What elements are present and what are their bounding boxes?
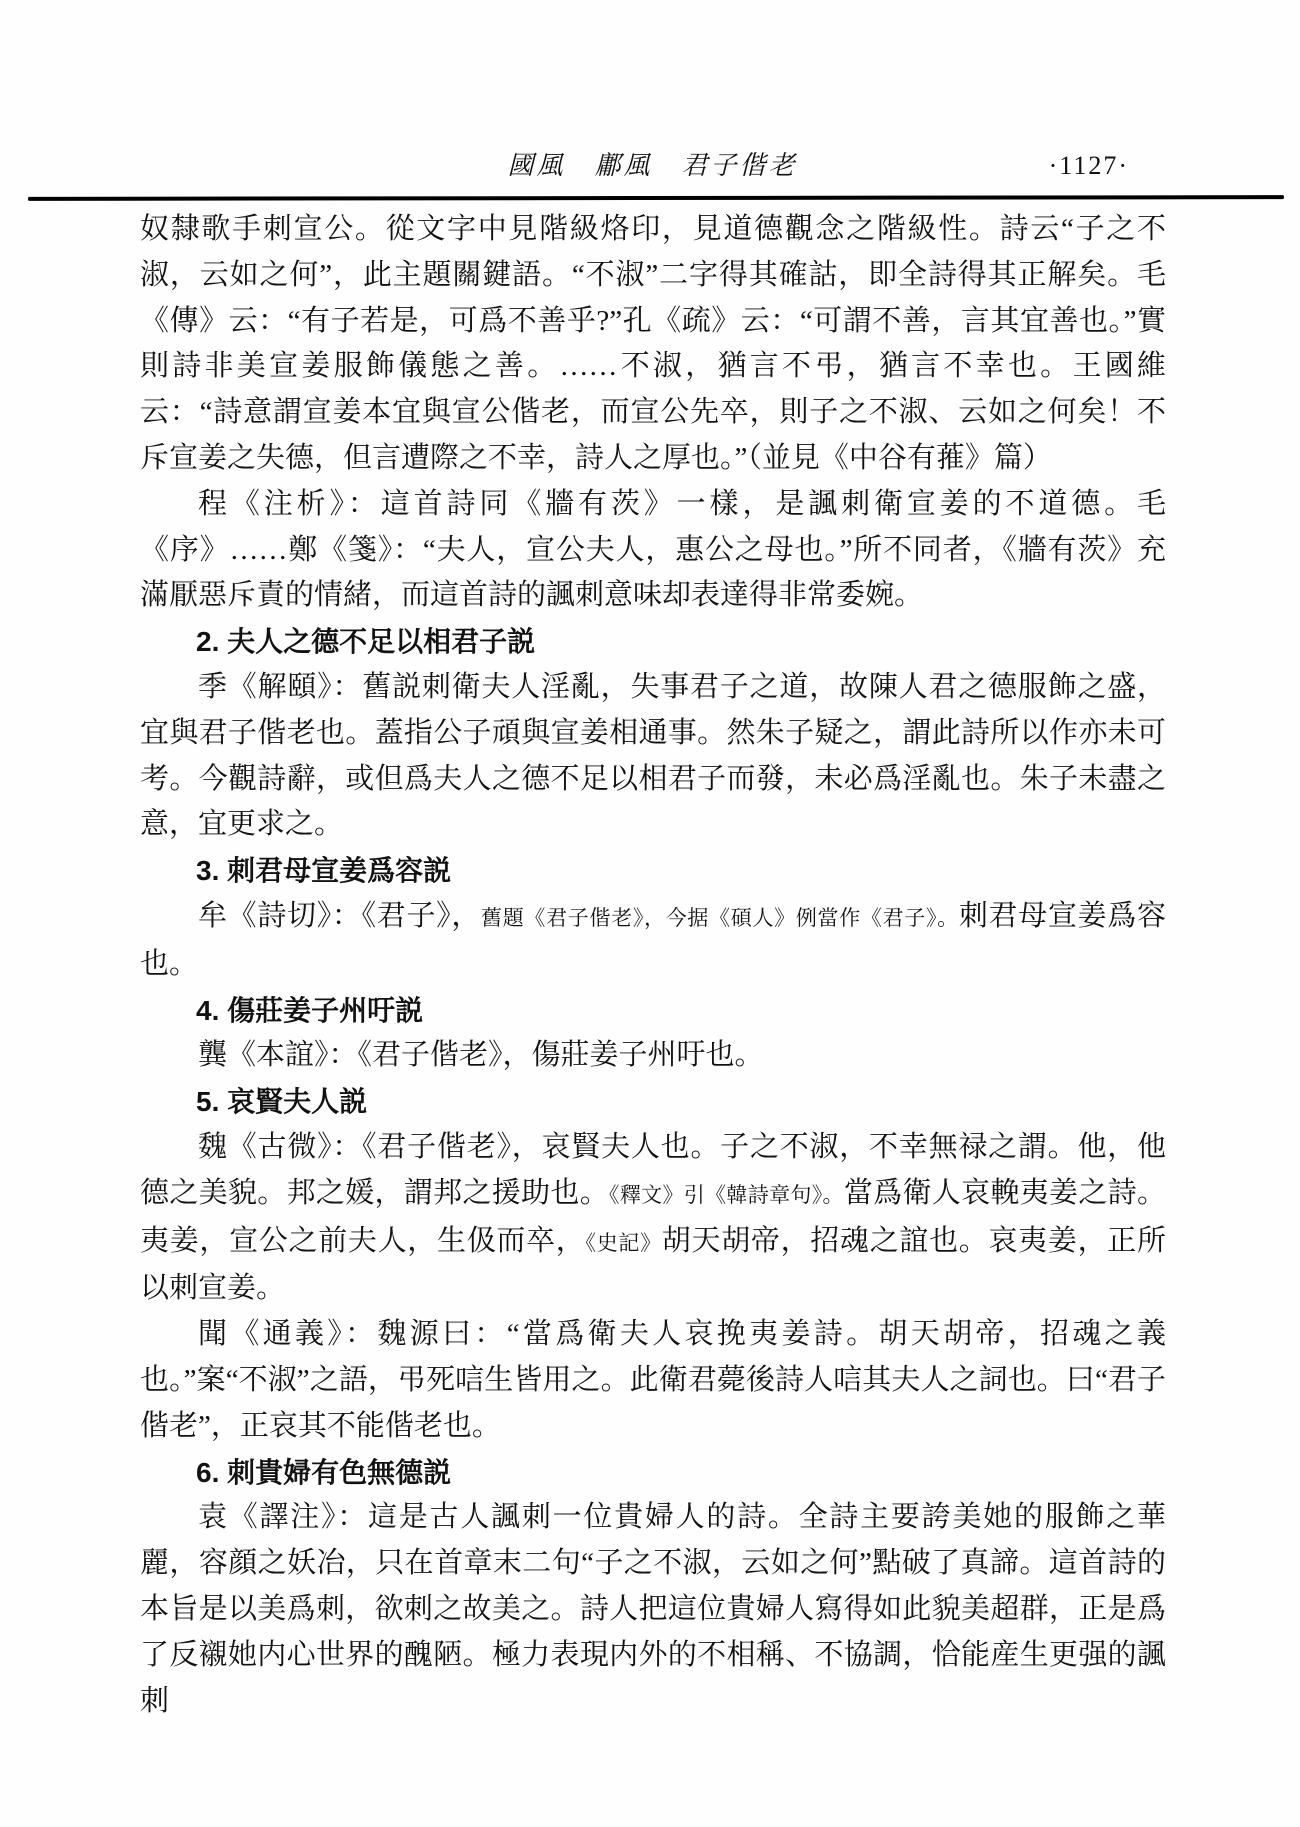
paragraph-gong-benyi: 龔《本誼》：《君子偕老》，傷莊姜子州吁也。 bbox=[140, 1033, 1166, 1079]
book-page: 國風 鄘風 君子偕老 ·1127· 奴隸歌手刺宣公。從文字中見階級烙印，見道德觀… bbox=[0, 0, 1300, 1827]
paragraph-mou-shiqie: 牟《詩切》：《君子》，舊題《君子偕老》，今据《碩人》例當作《君子》。刺君母宣姜爲… bbox=[140, 894, 1166, 988]
page-number: ·1127· bbox=[1049, 146, 1129, 186]
paragraph-yuan-yizhu: 袁《譯注》：這是古人諷刺一位貴婦人的詩。全詩主要誇美她的服飾之華麗，容顔之妖冶，… bbox=[140, 1495, 1166, 1724]
header-rule bbox=[28, 195, 1284, 201]
interlinear-note: 《釋文》引《韓詩章句》。 bbox=[609, 1183, 844, 1207]
section-heading-3: 3. 刺君母宣姜爲容説 bbox=[140, 848, 1166, 894]
section-heading-4: 4. 傷莊姜子州吁説 bbox=[140, 988, 1166, 1034]
paragraph-ji-jieyi: 季《解頤》：舊説刺衛夫人淫亂，失事君子之道，故陳人君之德服飾之盛，宜與君子偕老也… bbox=[140, 665, 1166, 848]
page-header: 國風 鄘風 君子偕老 ·1127· bbox=[140, 146, 1165, 186]
paragraph-cheng-zhuxi: 程《注析》：這首詩同《牆有茨》一樣，是諷刺衛宣姜的不道德。毛《序》……鄭《箋》：… bbox=[140, 482, 1166, 619]
paragraph-continuation: 奴隸歌手刺宣公。從文字中見階級烙印，見道德觀念之階級性。詩云“子之不淑，云如之何… bbox=[140, 207, 1166, 482]
interlinear-note: 舊題《君子偕老》，今据《碩人》例當作《君子》。 bbox=[481, 906, 959, 930]
running-head-title: 國風 鄘風 君子偕老 bbox=[140, 146, 1165, 186]
page-body: 奴隸歌手刺宣公。從文字中見階級烙印，見道德觀念之階級性。詩云“子之不淑，云如之何… bbox=[140, 207, 1166, 1724]
paragraph-wei-guwei: 魏《古微》：《君子偕老》，哀賢夫人也。子之不淑，不幸無禄之謂。他，他德之美貌。邦… bbox=[140, 1125, 1166, 1312]
text-run: 牟《詩切》：《君子》， bbox=[198, 900, 481, 932]
interlinear-note: 《史記》 bbox=[586, 1231, 662, 1255]
section-heading-2: 2. 夫人之德不足以相君子説 bbox=[140, 619, 1166, 665]
paragraph-wen-tongyi: 聞《通義》：魏源曰：“當爲衛夫人哀挽夷姜詩。胡天胡帝，招魂之義也。”案“不淑”之… bbox=[140, 1312, 1166, 1449]
section-heading-5: 5. 哀賢夫人説 bbox=[140, 1079, 1166, 1125]
section-heading-6: 6. 刺貴婦有色無德説 bbox=[140, 1450, 1166, 1496]
